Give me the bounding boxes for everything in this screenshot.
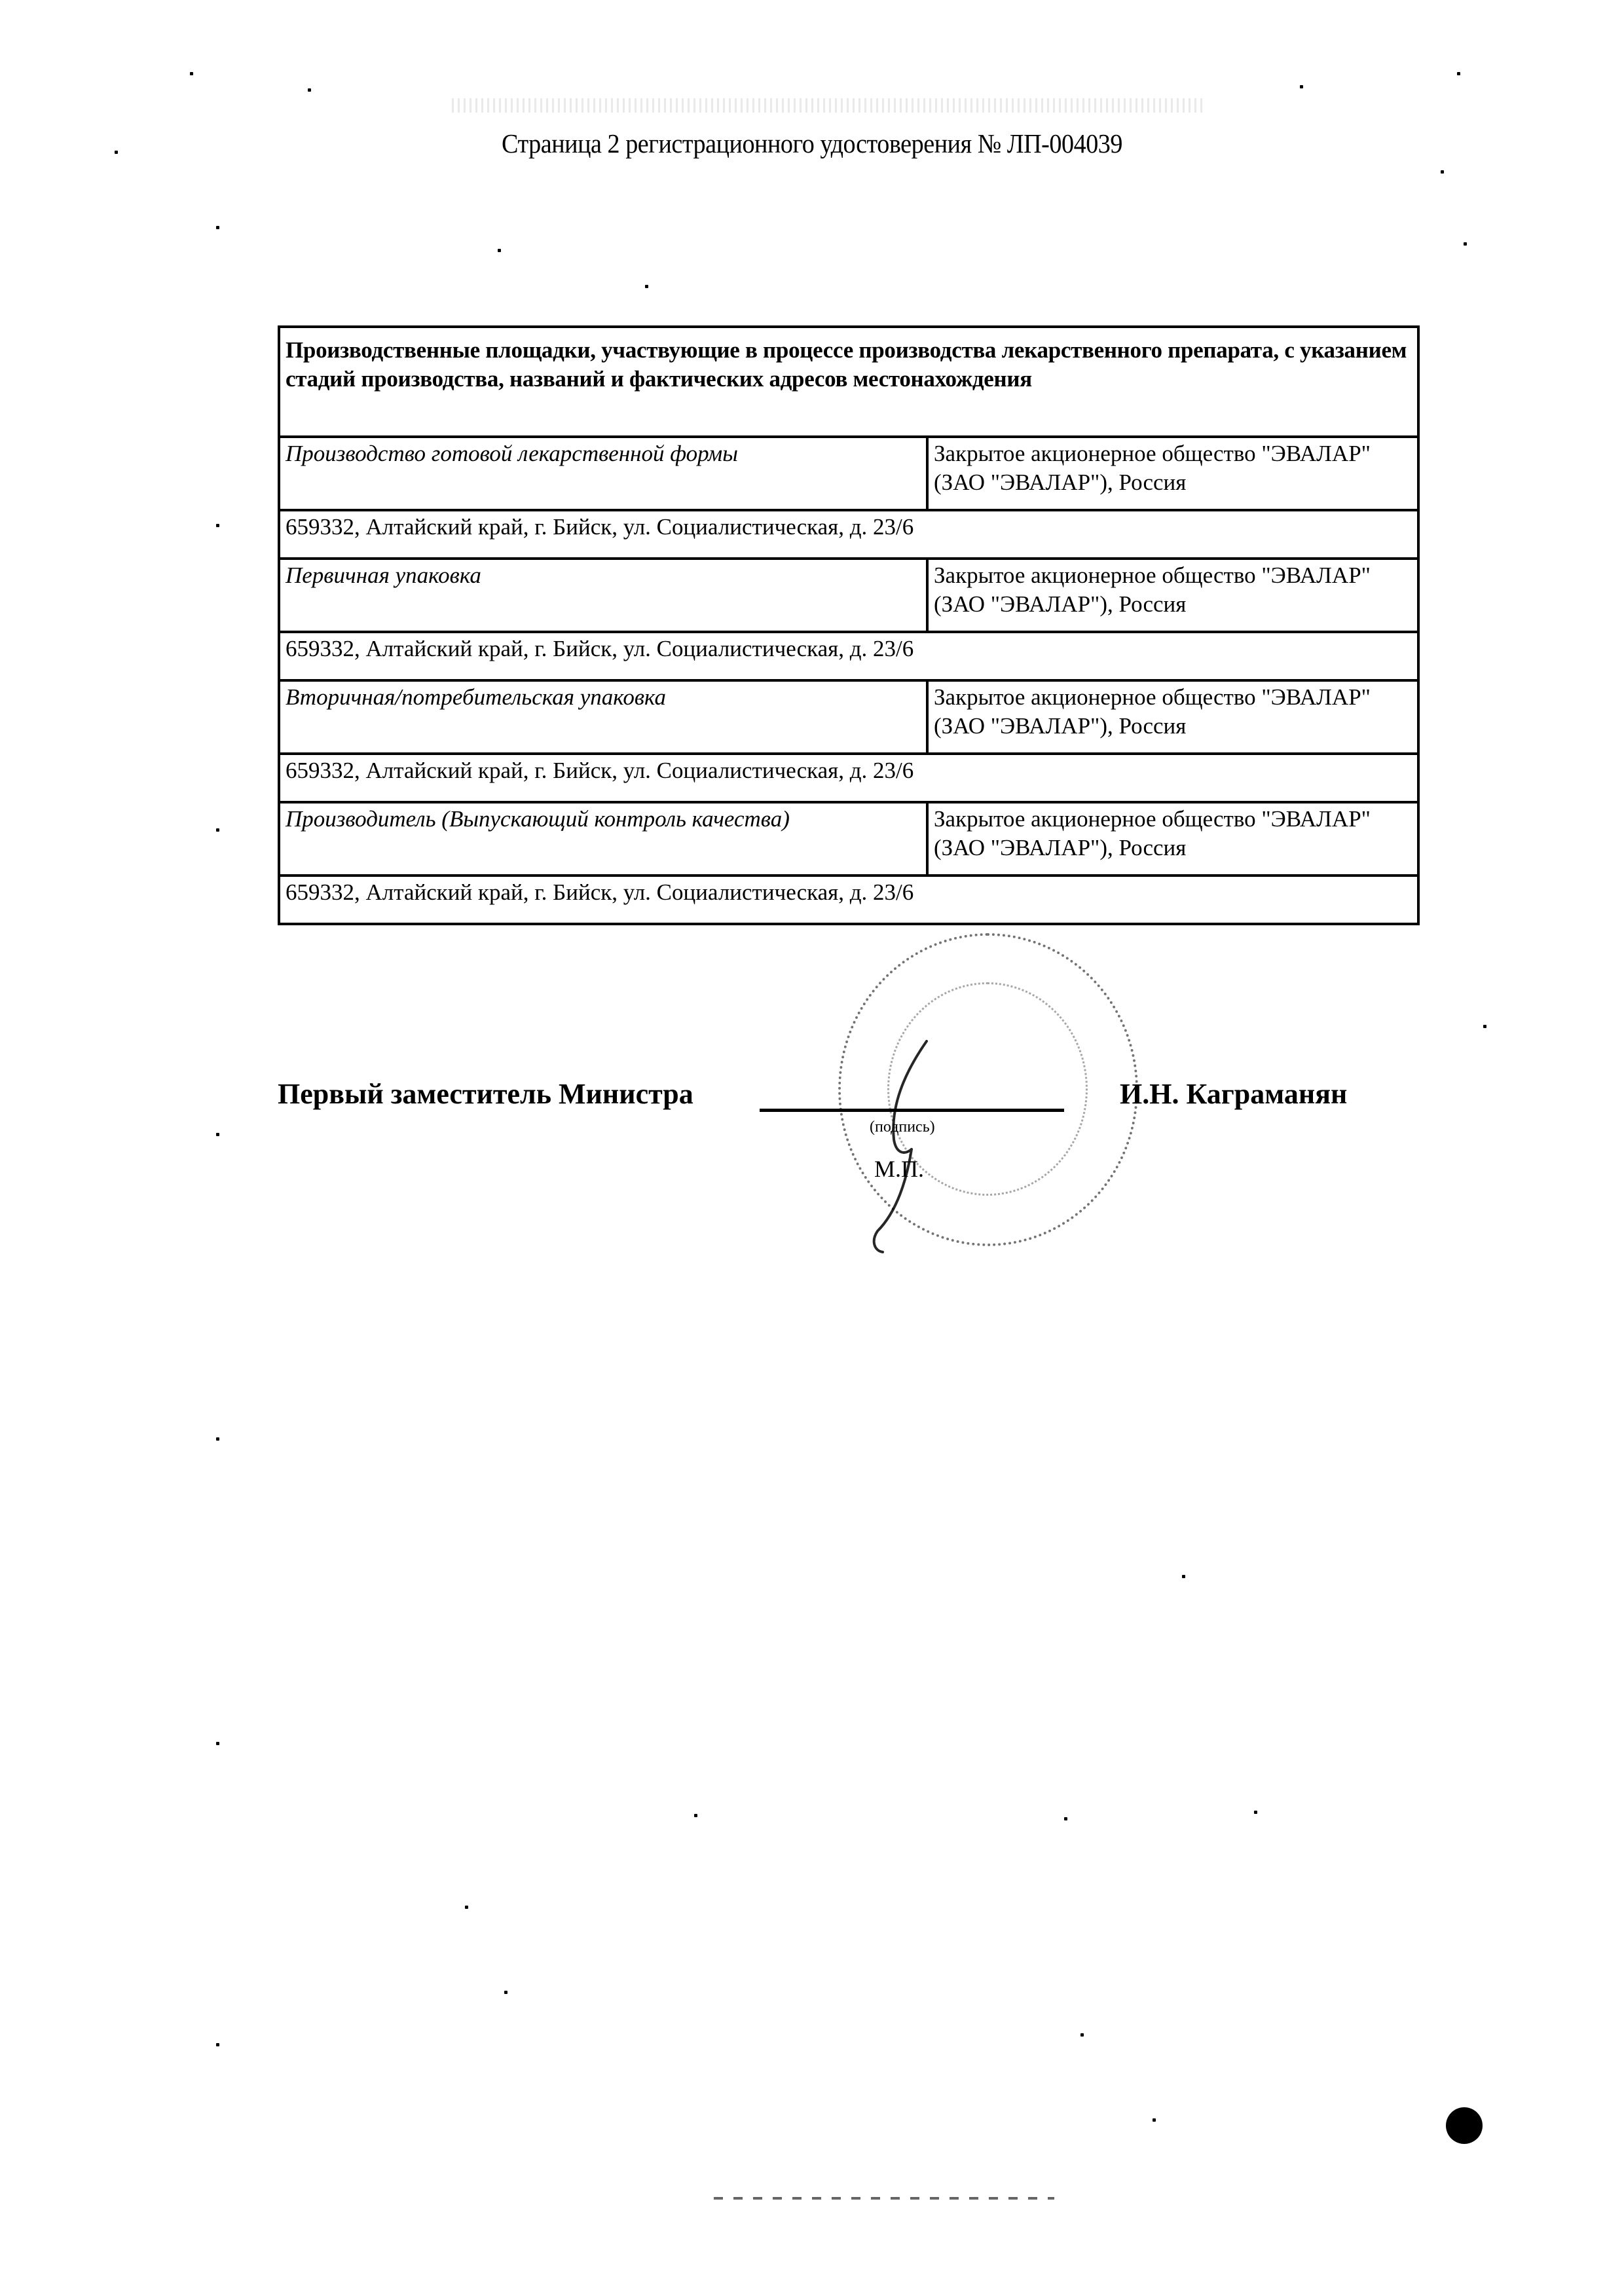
punch-hole-dot xyxy=(1446,2107,1483,2144)
scan-speck xyxy=(1464,242,1467,246)
stage-cell: Производство готовой лекарственной формы xyxy=(279,437,927,510)
scan-speck xyxy=(115,151,118,154)
table-header: Производственные площадки, участвующие в… xyxy=(279,327,1418,437)
address-row: 659332, Алтайский край, г. Бийск, ул. Со… xyxy=(279,510,1418,559)
scan-speck xyxy=(1182,1575,1185,1578)
signature-line xyxy=(760,1109,1064,1112)
stage-cell: Первичная упаковка xyxy=(279,559,927,632)
scan-speck xyxy=(1441,170,1444,174)
address-row: 659332, Алтайский край, г. Бийск, ул. Со… xyxy=(279,754,1418,802)
table-header-row: Производственные площадки, участвующие в… xyxy=(279,327,1418,437)
document-page: { "document": { "page_title": "Страница … xyxy=(0,0,1624,2288)
table-row: Первичная упаковка Закрытое акционерное … xyxy=(279,559,1418,632)
stage-cell: Производитель (Выпускающий контроль каче… xyxy=(279,802,927,876)
scan-speck xyxy=(216,828,219,832)
table-row: Производство готовой лекарственной формы… xyxy=(279,437,1418,510)
scan-speck xyxy=(645,285,648,288)
company-cell: Закрытое акционерное общество "ЭВАЛАР" (… xyxy=(927,680,1418,754)
scan-speck xyxy=(1254,1811,1257,1814)
company-cell: Закрытое акционерное общество "ЭВАЛАР" (… xyxy=(927,802,1418,876)
signatory-name: И.Н. Каграманян xyxy=(1120,1077,1347,1111)
table-row: Производитель (Выпускающий контроль каче… xyxy=(279,802,1418,876)
address-cell: 659332, Алтайский край, г. Бийск, ул. Со… xyxy=(279,754,1418,802)
scan-speck xyxy=(1457,72,1460,75)
scan-speck xyxy=(1153,2118,1156,2122)
signatory-position: Первый заместитель Министра xyxy=(278,1077,693,1111)
page-title: Страница 2 регистрационного удостоверени… xyxy=(57,128,1567,159)
scan-speck xyxy=(498,249,501,252)
table-row: Вторичная/потребительская упаковка Закры… xyxy=(279,680,1418,754)
signature-caption: (подпись) xyxy=(870,1118,935,1136)
scan-speck xyxy=(1080,2033,1084,2037)
scan-speck xyxy=(694,1814,697,1817)
scan-speck xyxy=(308,88,311,92)
address-row: 659332, Алтайский край, г. Бийск, ул. Со… xyxy=(279,876,1418,924)
scan-speck xyxy=(1300,85,1303,88)
scan-noise-footer xyxy=(714,2197,1054,2200)
scan-speck xyxy=(1064,1817,1067,1820)
address-row: 659332, Алтайский край, г. Бийск, ул. Со… xyxy=(279,632,1418,680)
scan-speck xyxy=(1483,1025,1486,1028)
company-cell: Закрытое акционерное общество "ЭВАЛАР" (… xyxy=(927,559,1418,632)
address-cell: 659332, Алтайский край, г. Бийск, ул. Со… xyxy=(279,510,1418,559)
stage-cell: Вторичная/потребительская упаковка xyxy=(279,680,927,754)
production-sites-table: Производственные площадки, участвующие в… xyxy=(278,325,1420,925)
scan-speck xyxy=(216,2043,219,2046)
scan-speck xyxy=(216,1133,219,1136)
scan-speck xyxy=(216,226,219,229)
scan-noise-header xyxy=(452,98,1205,113)
seal-place-label: М.П. xyxy=(874,1155,924,1183)
handwritten-signature-icon xyxy=(864,1015,982,1257)
scan-speck xyxy=(190,72,193,75)
address-cell: 659332, Алтайский край, г. Бийск, ул. Со… xyxy=(279,632,1418,680)
scan-speck xyxy=(465,1906,468,1909)
company-cell: Закрытое акционерное общество "ЭВАЛАР" (… xyxy=(927,437,1418,510)
scan-speck xyxy=(504,1991,507,1994)
scan-speck xyxy=(216,1437,219,1441)
scan-speck xyxy=(216,1742,219,1745)
scan-speck xyxy=(216,524,219,527)
address-cell: 659332, Алтайский край, г. Бийск, ул. Со… xyxy=(279,876,1418,924)
